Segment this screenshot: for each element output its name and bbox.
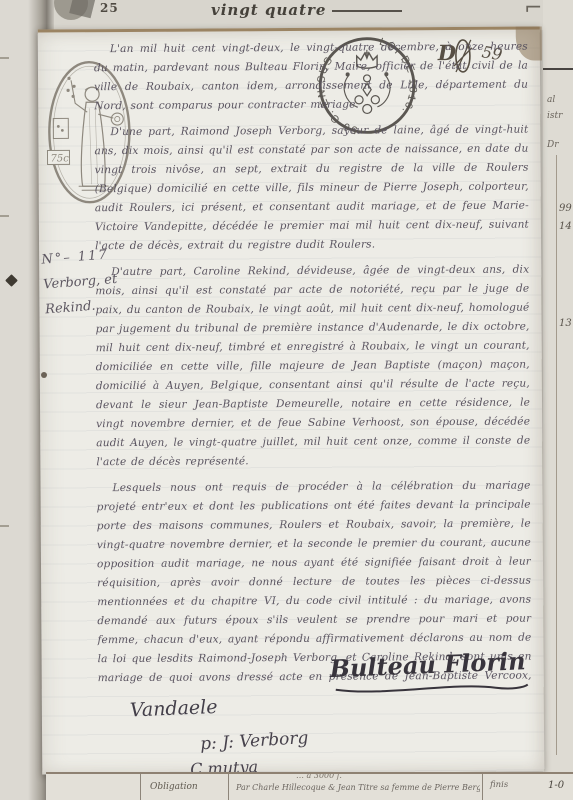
margin-tick — [0, 57, 9, 59]
ledger-margin-label: Obligation — [150, 782, 198, 792]
margin-tick — [0, 215, 9, 217]
signature-flourish-icon — [334, 682, 530, 697]
number-fragment: 14 — [559, 221, 572, 232]
act-paragraph-groom: D'une part, Raimond Joseph Verborg, saye… — [94, 121, 529, 257]
ledger-amount: 1-0 — [548, 780, 564, 791]
seal-denomination: 75c — [50, 153, 69, 164]
ledger-column-rule — [228, 774, 229, 800]
ledger-column-rule — [482, 774, 483, 800]
corner-stamp-fragment: 25 — [46, 0, 156, 28]
ledger-entry-text: Par Charle Hillecoque & Jean Titre sa fe… — [236, 783, 480, 792]
act-paragraph-preamble: L'an mil huit cent vingt-deux, le vingt-… — [94, 38, 528, 117]
ledger-rule-fragment — [543, 68, 573, 70]
underlying-page-top: 25 vingt quatre ⌐ — [46, 0, 573, 30]
number-fragment: 13 — [559, 318, 572, 329]
previous-page-text-fragment: vingt quatre — [211, 1, 402, 27]
underlying-page-right: al istr Dr 99 14 13 — [543, 0, 573, 800]
number-fragment: 99 — [559, 203, 572, 214]
act-paragraph-bride: D'autre part, Caroline Rekind, dévideuse… — [95, 261, 530, 473]
act-body: L'an mil huit cent vingt-deux, le vingt-… — [94, 38, 532, 689]
text-fragment: istr — [547, 111, 562, 121]
ledger-column-rule — [556, 155, 557, 755]
underlying-page-bottom: … à 3000 f. Obligation Par Charle Hillec… — [46, 772, 573, 800]
text-fragment: … à 3000 f. — [296, 772, 342, 780]
text-fragment: Dr — [547, 140, 559, 150]
text-fragment: al — [547, 95, 555, 105]
margin-tick — [0, 525, 9, 527]
binding-mark-icon — [5, 274, 18, 287]
pen-flourish-fragment: ⌐ — [524, 0, 542, 21]
signature-father-verborg: p: J: Verborg — [200, 728, 309, 754]
register-page: 75c N°– 117 Verborg, et Rekind. 50 — [38, 26, 545, 774]
stamp-fragment-number: 25 — [100, 1, 119, 15]
signature-witness-vandaele: Vandaele — [129, 696, 217, 722]
binding-hole-icon — [41, 372, 47, 378]
scanned-register-spread: 25 vingt quatre ⌐ al istr Dr 99 14 13 … … — [0, 0, 573, 800]
ledger-note: finis — [490, 780, 508, 790]
previous-page-text: vingt quatre — [211, 1, 326, 19]
underline-flourish — [332, 10, 402, 12]
ledger-column-rule — [140, 774, 141, 800]
